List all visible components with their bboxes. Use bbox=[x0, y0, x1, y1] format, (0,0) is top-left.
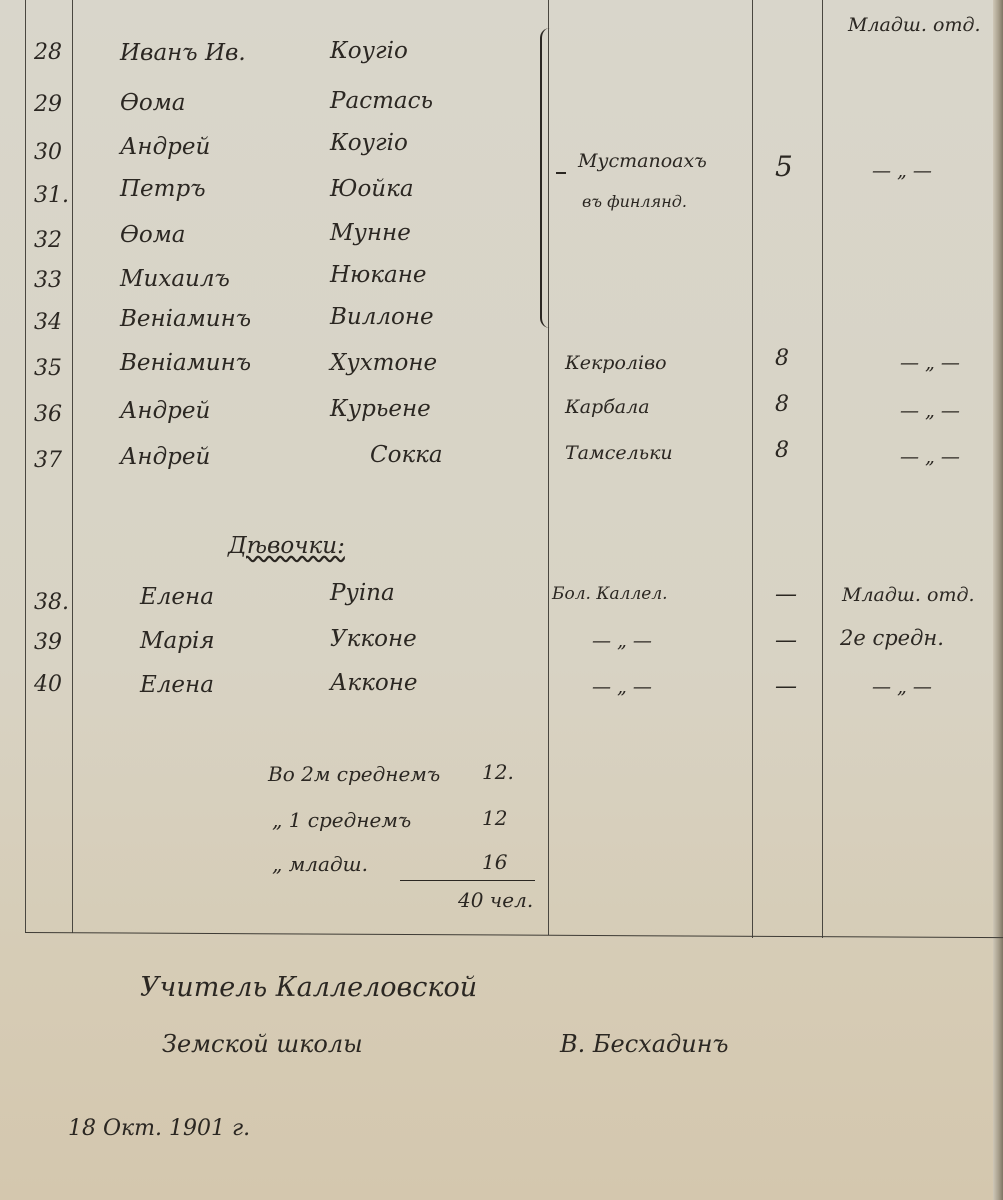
first-name: Андрей bbox=[120, 444, 210, 470]
row-number: 36 bbox=[34, 402, 70, 427]
first-name: Веніаминъ bbox=[120, 350, 251, 376]
first-name: Петръ bbox=[120, 176, 206, 202]
surname: Хухтоне bbox=[330, 350, 437, 376]
surname: Виллоне bbox=[330, 304, 434, 330]
first-name: Елена bbox=[140, 584, 214, 610]
row-number: 38. bbox=[34, 590, 70, 615]
surname: Мунне bbox=[330, 220, 411, 246]
signature-line1: Учитель Каллеловской bbox=[140, 972, 477, 1003]
row-number: 28 bbox=[34, 40, 70, 65]
surname: Растась bbox=[330, 88, 433, 114]
first-name: Андрей bbox=[120, 134, 210, 160]
village-group-line2: въ финлянд. bbox=[582, 192, 687, 211]
row-number: 35 bbox=[34, 356, 70, 381]
page-edge bbox=[993, 0, 1003, 1200]
row-number: 39 bbox=[34, 630, 70, 655]
table-left-border bbox=[25, 0, 26, 933]
first-name: Иванъ Ив. bbox=[120, 40, 246, 66]
first-name: Веніаминъ bbox=[120, 306, 251, 332]
village-group: Мустапоахъ bbox=[578, 150, 707, 172]
village: Бол. Каллел. bbox=[552, 584, 668, 604]
summary-2nd-middle-label: Во 2м среднемъ bbox=[268, 762, 440, 786]
row-number: 33 bbox=[34, 268, 70, 293]
girls-section-heading: Дѣвочки: bbox=[228, 533, 345, 559]
surname: Нюкане bbox=[330, 262, 427, 288]
village: Карбала bbox=[565, 396, 650, 418]
distance-group: 5 bbox=[775, 150, 793, 183]
surname: Сокка bbox=[370, 442, 443, 468]
village: — „ — bbox=[592, 676, 652, 698]
summary-1st-middle-label: „ 1 среднемъ bbox=[272, 808, 411, 832]
department-column-divider bbox=[822, 0, 823, 938]
signature-line2: Земской школы bbox=[162, 1030, 363, 1058]
number-column-divider bbox=[72, 0, 73, 933]
surname: Руіпа bbox=[330, 580, 395, 606]
department-header: Младш. отд. bbox=[848, 14, 981, 36]
distance: 8 bbox=[775, 392, 789, 417]
village: — „ — bbox=[592, 630, 652, 652]
surname: Юойка bbox=[330, 176, 414, 202]
grouping-brace bbox=[540, 28, 556, 328]
distance: — bbox=[775, 582, 797, 607]
surname: Курьене bbox=[330, 396, 431, 422]
distance: 8 bbox=[775, 438, 789, 463]
surname: Коугіо bbox=[330, 130, 408, 156]
summary-1st-middle-value: 12 bbox=[482, 806, 507, 830]
first-name: Өома bbox=[120, 90, 186, 116]
row-number: 34 bbox=[34, 310, 70, 335]
surname: Акконе bbox=[330, 670, 418, 696]
distance-column-divider bbox=[752, 0, 753, 938]
summary-2nd-middle-value: 12. bbox=[482, 760, 514, 784]
distance: 8 bbox=[775, 346, 789, 371]
summary-junior-label: „ младш. bbox=[272, 852, 368, 876]
signature-name: В. Бесхадинъ bbox=[560, 1030, 729, 1058]
row-number: 31. bbox=[34, 183, 70, 208]
row-number: 40 bbox=[34, 672, 70, 697]
row-number: 30 bbox=[34, 140, 70, 165]
row-number: 37 bbox=[34, 448, 70, 473]
document-date: 18 Окт. 1901 г. bbox=[68, 1116, 250, 1141]
first-name: Өома bbox=[120, 222, 186, 248]
surname: Коугіо bbox=[330, 38, 408, 64]
department: — „ — bbox=[900, 400, 960, 422]
department: — „ — bbox=[872, 676, 932, 698]
department: Младш. отд. bbox=[842, 584, 975, 606]
summary-junior-value: 16 bbox=[482, 850, 507, 874]
village: Кекроліво bbox=[565, 352, 667, 374]
row-number: 32 bbox=[34, 228, 70, 253]
department: 2е средн. bbox=[840, 626, 944, 650]
distance: — bbox=[775, 674, 797, 699]
department: — „ — bbox=[900, 446, 960, 468]
first-name: Елена bbox=[140, 672, 214, 698]
row-number: 29 bbox=[34, 92, 70, 117]
surname: Укконе bbox=[330, 626, 417, 652]
grouping-brace-tip bbox=[556, 172, 566, 174]
table-bottom-border bbox=[25, 932, 1003, 938]
distance: — bbox=[775, 628, 797, 653]
first-name: Марія bbox=[140, 628, 215, 654]
summary-underline bbox=[400, 880, 535, 881]
department: — „ — bbox=[900, 352, 960, 374]
village: Тамсельки bbox=[565, 442, 673, 464]
first-name: Михаилъ bbox=[120, 266, 230, 292]
department-group: — „ — bbox=[872, 160, 932, 182]
first-name: Андрей bbox=[120, 398, 210, 424]
summary-total: 40 чел. bbox=[458, 888, 533, 912]
